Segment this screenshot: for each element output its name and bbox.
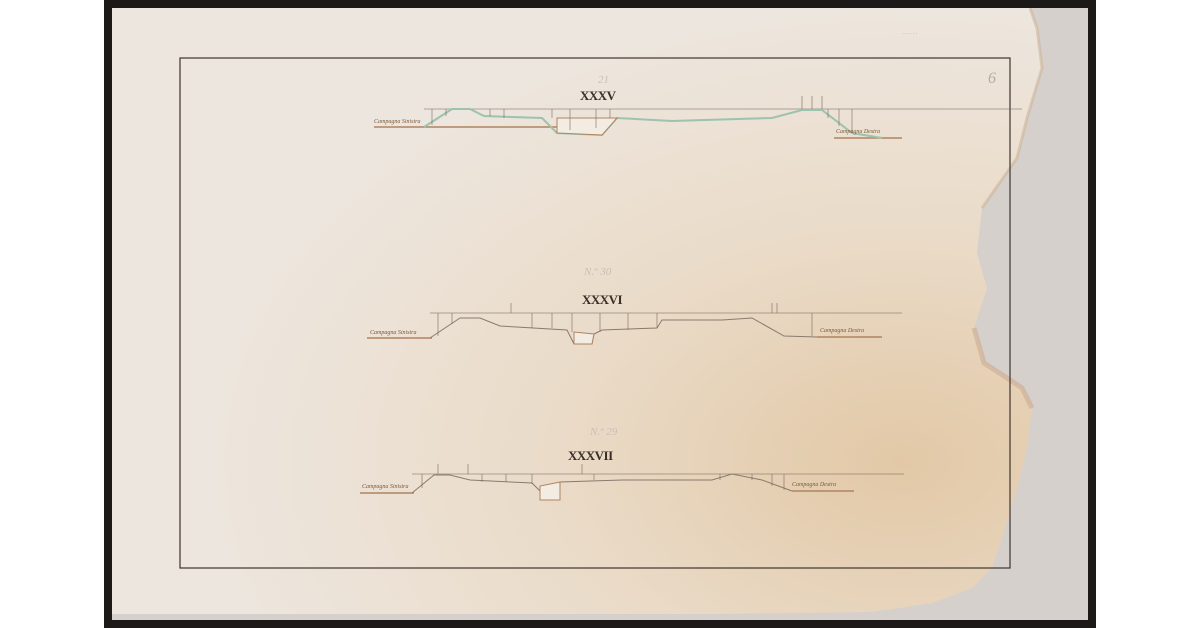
archive-stamp: ...... <box>902 30 918 36</box>
paper-body <box>112 8 1042 614</box>
manuscript-sheet: 6 ...... 21 XXXV Campagna Sinistra Campa… <box>112 8 1088 620</box>
left-bank-label-xxxvii: Campagna Sinistra <box>362 484 409 490</box>
right-bank-label-xxxvii: Campagna Destra <box>792 482 836 488</box>
section-title-xxxvi: XXXVI <box>582 292 622 308</box>
right-bank-label-xxxvi: Campagna Destra <box>820 328 864 334</box>
folio-note-xxxvii: N.º 29 <box>590 426 617 438</box>
page-number: 6 <box>988 70 996 88</box>
folio-note-xxxv: 21 <box>598 74 609 86</box>
folio-note-xxxvi: N.º 30 <box>584 266 611 278</box>
right-bank-label-xxxv: Campagna Destra <box>836 129 880 135</box>
section-title-xxxvii: XXXVII <box>568 448 613 464</box>
left-bank-label-xxxv: Campagna Sinistra <box>374 119 421 125</box>
left-bank-label-xxxvi: Campagna Sinistra <box>370 330 417 336</box>
section-title-xxxv: XXXV <box>580 88 616 104</box>
